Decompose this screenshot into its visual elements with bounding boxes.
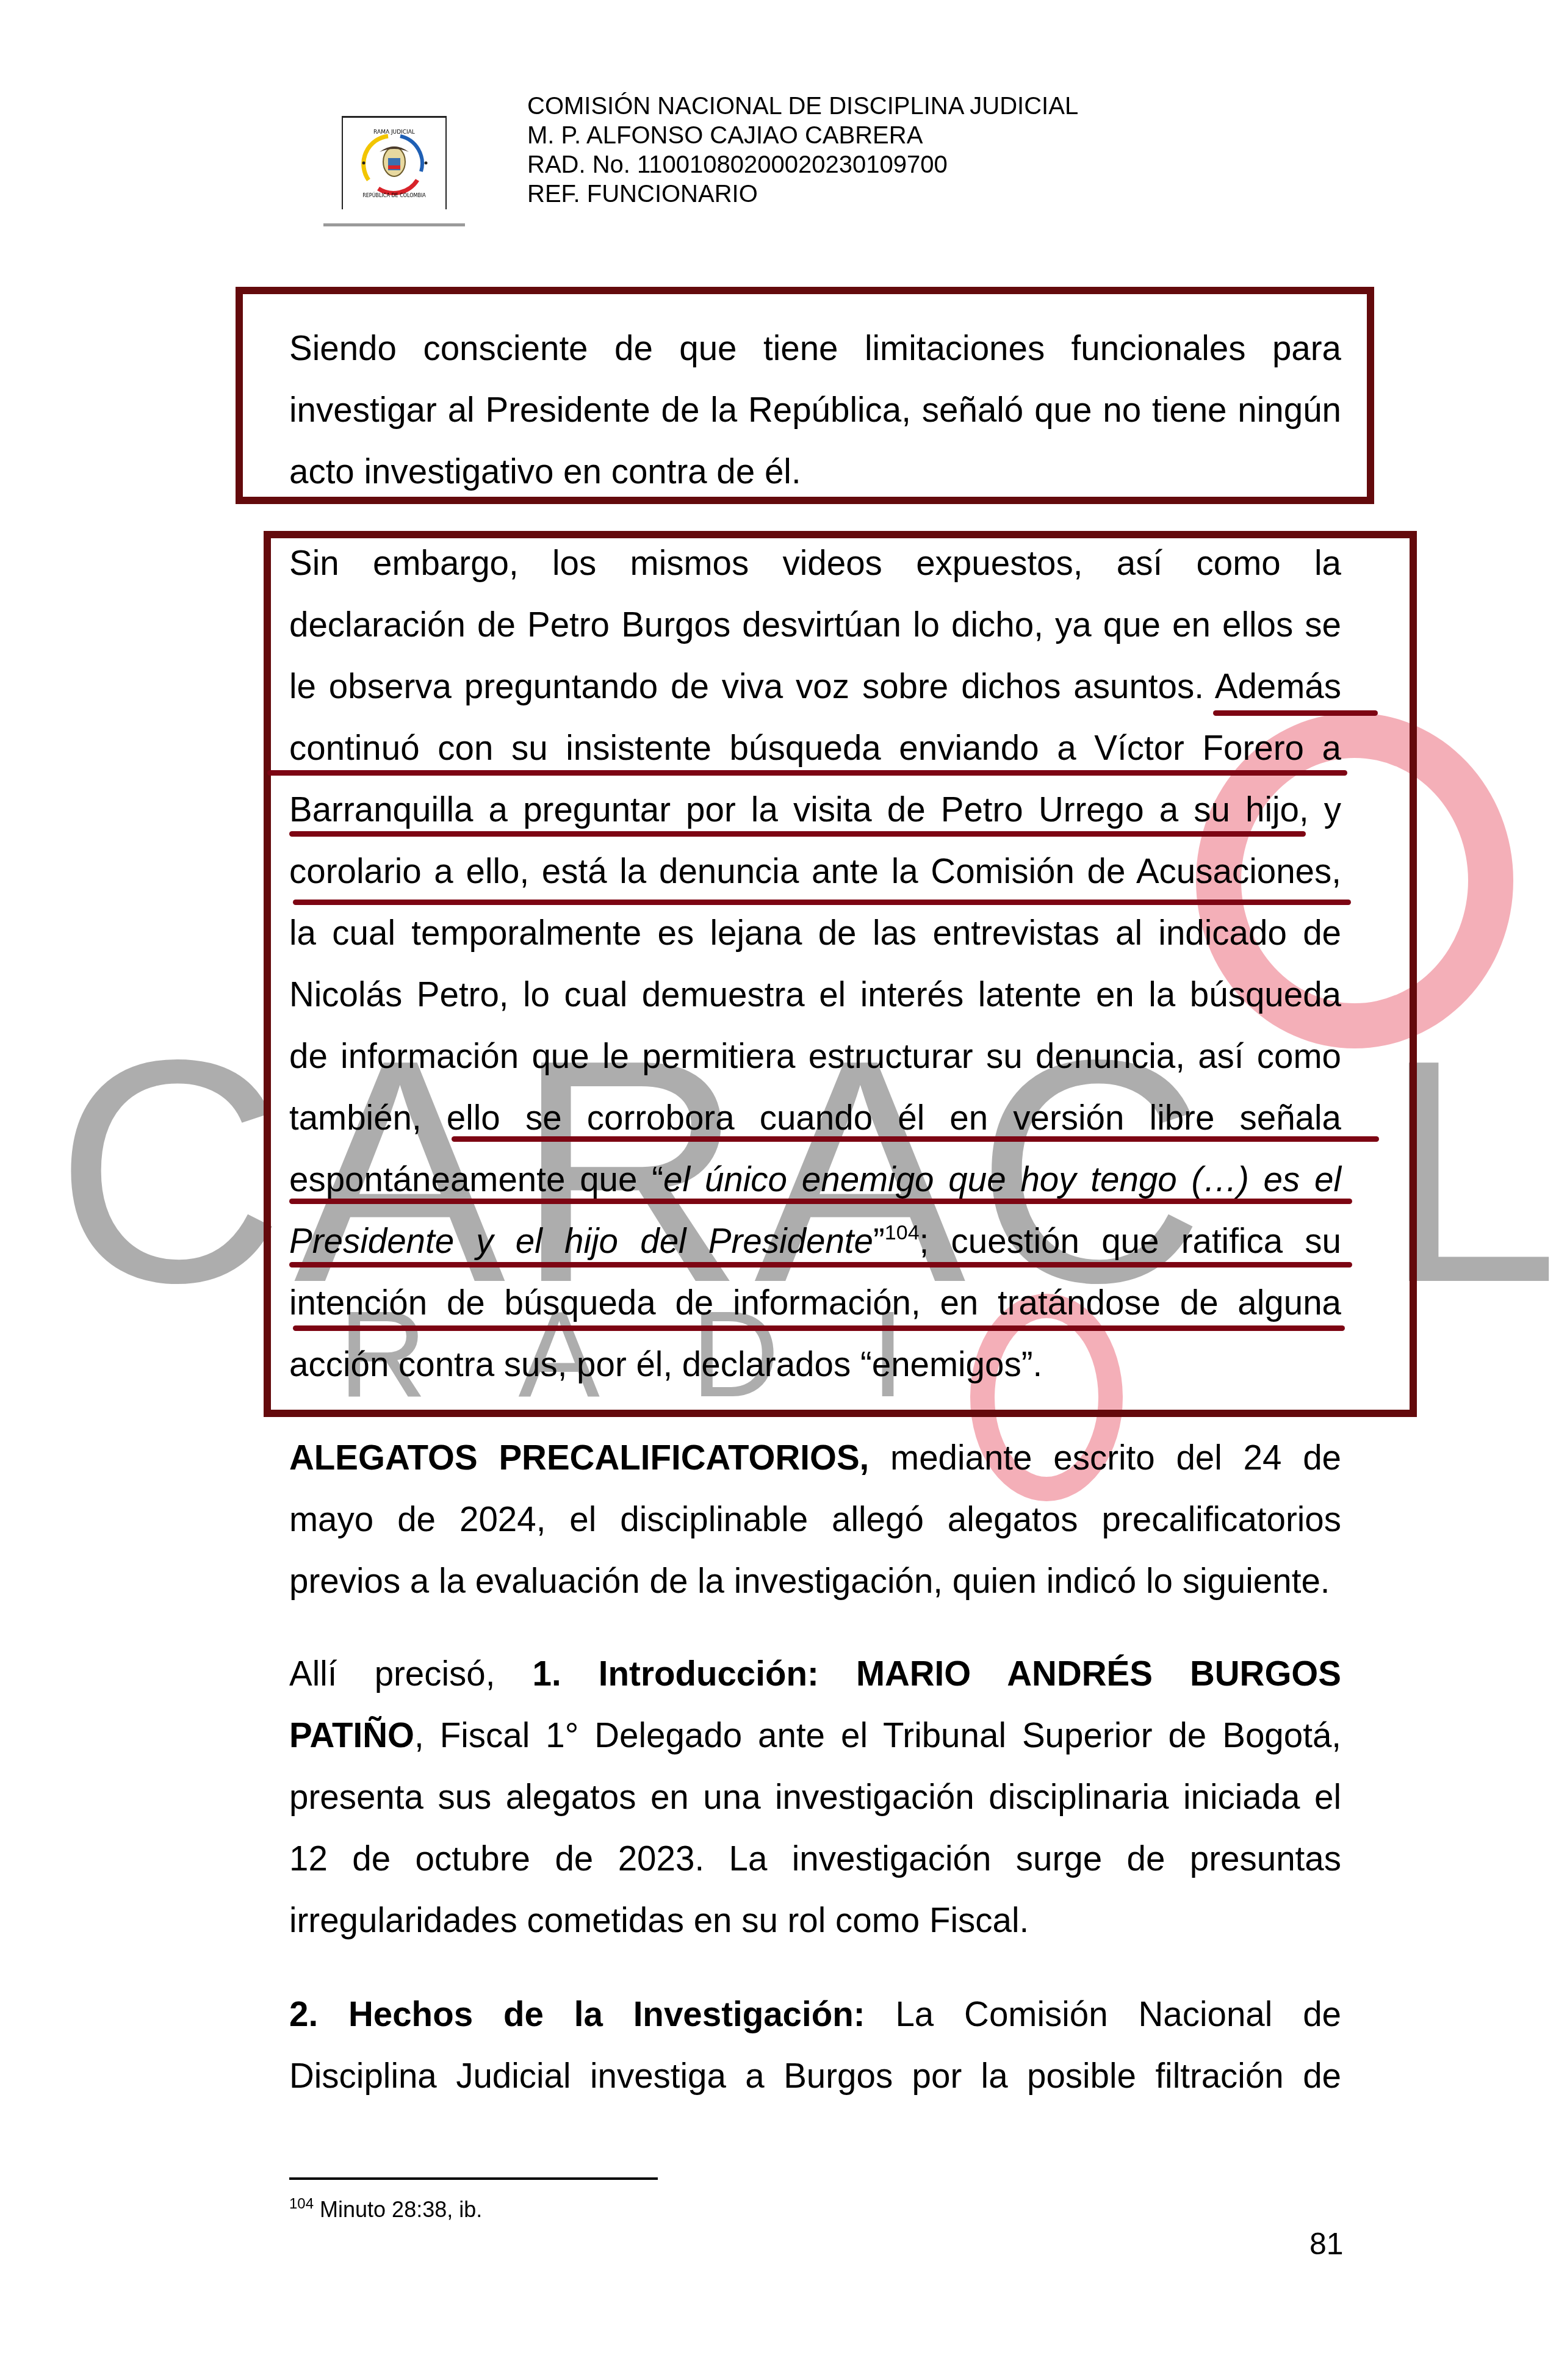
text-line: de información que le permitiera estruct… bbox=[289, 1025, 1341, 1087]
header-magistrate: M. P. ALFONSO CAJIAO CABRERA bbox=[527, 121, 1078, 150]
text-line: irregularidades cometidas en su rol como… bbox=[289, 1889, 1341, 1951]
text-line: intención de búsqueda de información, en… bbox=[289, 1272, 1341, 1333]
text-line: mayo de 2024, el disciplinable allegó al… bbox=[289, 1488, 1341, 1550]
text-line: Sin embargo, los mismos videos expuestos… bbox=[289, 532, 1341, 594]
underline-mark bbox=[1213, 710, 1378, 716]
svg-text:REPÚBLICA DE COLOMBIA: REPÚBLICA DE COLOMBIA bbox=[362, 192, 426, 198]
text-line: acción contra sus, por él, declarados “e… bbox=[289, 1333, 1341, 1395]
page-number: 81 bbox=[1309, 2226, 1344, 2262]
text-line: previos a la evaluación de la investigac… bbox=[289, 1550, 1341, 1612]
footnote: 104 Minuto 28:38, ib. bbox=[289, 2197, 482, 2223]
logo-rule bbox=[323, 223, 465, 226]
logo-frame: RAMA JUDICIAL REPÚBLICA DE COLOMBIA bbox=[342, 116, 447, 209]
text-line: investigar al Presidente de la República… bbox=[289, 379, 1341, 441]
text-line: Allí precisó, 1. Introducción: MARIO AND… bbox=[289, 1643, 1341, 1704]
text-line: le observa preguntando de viva voz sobre… bbox=[289, 655, 1341, 717]
rama-judicial-seal-icon: RAMA JUDICIAL REPÚBLICA DE COLOMBIA bbox=[356, 128, 432, 200]
text-line: presenta sus alegatos en una investigaci… bbox=[289, 1766, 1341, 1828]
text-line: ALEGATOS PRECALIFICATORIOS, mediante esc… bbox=[289, 1427, 1341, 1488]
text-line: PATIÑO, Fiscal 1° Delegado ante el Tribu… bbox=[289, 1704, 1341, 1766]
underline-mark bbox=[452, 1136, 1379, 1142]
text-line: declaración de Petro Burgos desvirtúan l… bbox=[289, 594, 1341, 655]
paragraph-introduccion: Allí precisó, 1. Introducción: MARIO AND… bbox=[289, 1643, 1341, 1951]
text-line: acto investigativo en contra de él. bbox=[289, 441, 1341, 502]
underline-mark bbox=[289, 1199, 1352, 1204]
header-reference: REF. FUNCIONARIO bbox=[527, 179, 1078, 209]
text-line: Nicolás Petro, lo cual demuestra el inte… bbox=[289, 964, 1341, 1025]
text-line: la cual temporalmente es lejana de las e… bbox=[289, 902, 1341, 964]
header-radicado: RAD. No. 11001080200020230109700 bbox=[527, 150, 1078, 179]
footnote-separator bbox=[289, 2177, 658, 2180]
document-header: COMISIÓN NACIONAL DE DISCIPLINA JUDICIAL… bbox=[527, 92, 1078, 209]
paragraph-box1: Siendo consciente de que tiene limitacio… bbox=[289, 317, 1341, 502]
header-institution: COMISIÓN NACIONAL DE DISCIPLINA JUDICIAL bbox=[527, 92, 1078, 121]
underline-mark bbox=[267, 770, 1347, 776]
paragraph-hechos: 2. Hechos de la Investigación: La Comisi… bbox=[289, 1983, 1341, 2107]
text-line: continuó con su insistente búsqueda envi… bbox=[289, 717, 1341, 779]
paragraph-alegatos: ALEGATOS PRECALIFICATORIOS, mediante esc… bbox=[289, 1427, 1341, 1612]
text-line: 2. Hechos de la Investigación: La Comisi… bbox=[289, 1983, 1341, 2045]
underline-mark bbox=[289, 831, 1306, 837]
text-line: Disciplina Judicial investiga a Burgos p… bbox=[289, 2045, 1341, 2107]
svg-text:RAMA JUDICIAL: RAMA JUDICIAL bbox=[373, 129, 415, 135]
underline-mark bbox=[289, 1262, 1352, 1268]
footnote-ref[interactable]: 104 bbox=[885, 1221, 920, 1244]
underline-mark bbox=[293, 1325, 1345, 1331]
underline-mark bbox=[293, 900, 1351, 905]
court-logo: RAMA JUDICIAL REPÚBLICA DE COLOMBIA bbox=[323, 98, 465, 227]
text-line: 12 de octubre de 2023. La investigación … bbox=[289, 1828, 1341, 1889]
text-line: corolario a ello, está la denuncia ante … bbox=[289, 840, 1341, 902]
text-line: Siendo consciente de que tiene limitacio… bbox=[289, 317, 1341, 379]
